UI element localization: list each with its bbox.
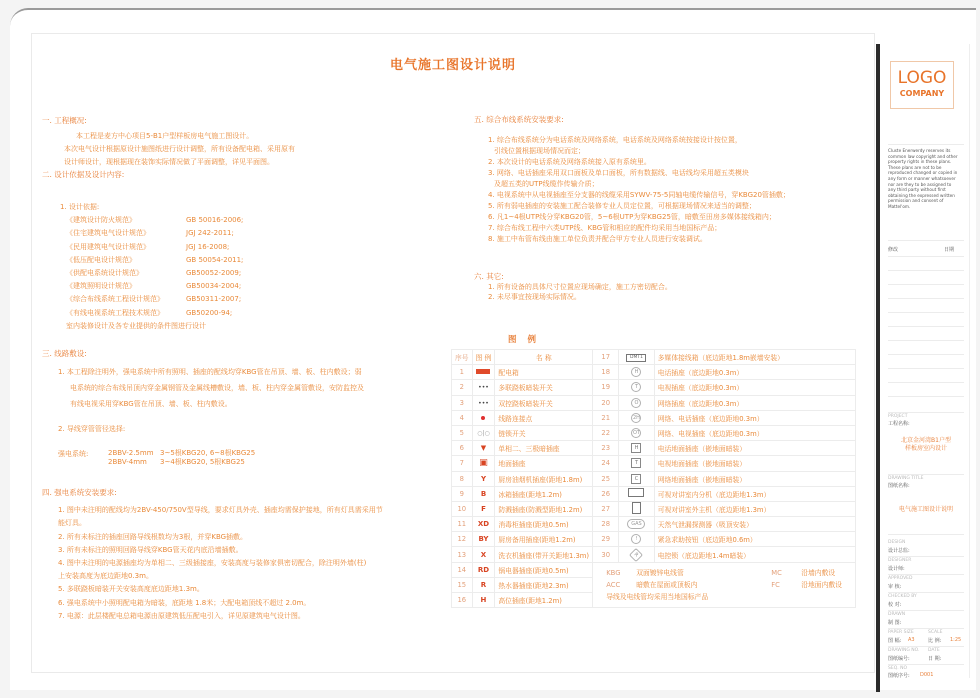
legend-no: 10 bbox=[452, 501, 473, 516]
field-label-en: DATE bbox=[928, 648, 940, 653]
legend-row: 7 ▣ 地面插座 24 T 电视地面插座（嵌地面暗装） bbox=[452, 456, 856, 471]
legend-no: 24 bbox=[593, 456, 619, 471]
header-name: 名 称 bbox=[495, 350, 593, 365]
title-block-rule bbox=[876, 44, 880, 692]
glyph: H bbox=[631, 443, 641, 453]
legend-no: 11 bbox=[452, 517, 473, 532]
legend-no: 21 bbox=[593, 410, 619, 425]
legend-row: 13 X 洗衣机插座(带开关距地1.3m) 30 R 电控锁（底边距地1.4m暗… bbox=[452, 547, 856, 562]
section-4: 四. 强电系统安装要求: 1. 图中未注明的配线均为2BV-450/750V型导… bbox=[42, 486, 383, 623]
project-name: 北京金河湾B1户型 样板房室内设计 bbox=[888, 437, 964, 453]
legend-no: 1 bbox=[452, 365, 473, 380]
legend-name: 电视插座（底边距地0.3m） bbox=[654, 380, 855, 395]
legend-row: 10 F 防溅插座(防溅型距地1.2m) 27 可视对讲室外主机（底边距地1.3… bbox=[452, 501, 856, 516]
network-phone-socket-icon: 2H bbox=[619, 410, 655, 425]
legend-notes: KBG双面镀锌电线管MC沿墙内敷设 ACC暗敷在屋面或顶板内FC沿地面内敷设 导… bbox=[593, 562, 856, 608]
legend-name: 厨房油烟机插座(距地1.8m) bbox=[495, 471, 593, 486]
text-line: 5. 所有弱电插座的安装施工配合装修专业人员定位置，可根据现场情况来适当的调整； bbox=[474, 201, 790, 212]
section-heading: 一. 工程概况: bbox=[42, 115, 295, 126]
field-label: 审 核: bbox=[888, 583, 901, 590]
note-key: FC bbox=[771, 579, 801, 591]
field-label: 图 幅: bbox=[888, 637, 901, 644]
glyph: ▼ bbox=[481, 444, 486, 452]
note-value: 沿地面内敷设 bbox=[801, 579, 842, 591]
glyph: OT bbox=[631, 428, 641, 438]
gas-detector-icon: GAS bbox=[619, 517, 655, 532]
section-heading: 五. 综合布线系统安装要求: bbox=[474, 114, 790, 125]
glyph: DMT1 bbox=[626, 354, 646, 362]
text-line: 4. 电视系统中从电视插座至分支器的线缆采用SYWV-75-5同轴电缆传输信号，… bbox=[474, 190, 790, 201]
norm-item: 《建筑照明设计规范》GB50034-2004; bbox=[60, 280, 243, 293]
note-value: 暗敷在屋面或顶板内 bbox=[636, 579, 771, 591]
washer-socket-icon: X bbox=[472, 547, 495, 562]
intercom-indoor-icon bbox=[619, 486, 655, 501]
water-heater-socket-icon: R bbox=[472, 577, 495, 592]
logo-subtext: COMPANY bbox=[891, 89, 953, 99]
field-label: 图纸编号: bbox=[888, 655, 910, 662]
field-label-en: SCALE bbox=[928, 630, 942, 635]
text-line: 8. 施工中布管布线由施工单位负责并配合甲方专业人员进行安装调试。 bbox=[474, 234, 790, 245]
high-socket-icon: H bbox=[472, 593, 495, 608]
field-label-en: DRAWN bbox=[888, 612, 905, 617]
glyph: GAS bbox=[627, 519, 645, 529]
legend-name: 电控锁（底边距地1.4m暗装） bbox=[654, 547, 855, 562]
legend-name: 电视地面插座（嵌地面暗装） bbox=[654, 456, 855, 471]
section-heading: 三. 线路敷设: bbox=[42, 348, 364, 359]
section-6: 六. 其它: 1. 所有设备的具体尺寸位置应现场确定，施工方密切配合。 2. 未… bbox=[474, 272, 672, 302]
legend-name: 双控跷板暗装开关 bbox=[495, 395, 593, 410]
field-label-en: DESIGNER bbox=[888, 558, 911, 563]
legend-no: 15 bbox=[452, 577, 473, 592]
legend-no: 23 bbox=[593, 441, 619, 456]
drawing-name: 电气施工图设计说明 bbox=[888, 506, 964, 514]
legend-name: 网络、电话插座（底边距地0.3m） bbox=[654, 410, 855, 425]
glyph: O bbox=[631, 398, 641, 408]
legend-row: 4 线路连接点 21 2H 网络、电话插座（底边距地0.3m） bbox=[452, 410, 856, 425]
dual-control-switch-icon: ••• bbox=[472, 395, 495, 410]
text-line: 1. 图中未注明的配线均为2BV-450/750V型导线，要求灯具外壳、插座均需… bbox=[42, 504, 383, 517]
text-line: 2. 所有未标注的插座回路导线根数均为3根，并穿KBG插敷。 bbox=[42, 531, 383, 544]
field-label: 日 期: bbox=[928, 655, 941, 662]
network-tv-socket-icon: OT bbox=[619, 425, 655, 440]
floor-tv-socket-icon: T bbox=[619, 456, 655, 471]
legend-name: 配电箱 bbox=[495, 365, 593, 380]
legend-no: 14 bbox=[452, 562, 473, 577]
text-line: 室内装修设计及各专业提供的条件图进行设计 bbox=[60, 320, 243, 333]
field-label-en: SEQ. NO bbox=[888, 666, 907, 671]
revision-label: 修改 bbox=[888, 246, 898, 253]
text-line: 电系统的综合布线吊顶内穿金属钢管及金属线槽敷设，墙、板、柱内穿金属管敷设，安防监… bbox=[42, 380, 364, 396]
glyph: ••• bbox=[478, 400, 489, 407]
legend-name: 防溅插座(防溅型距地1.2m) bbox=[495, 501, 593, 516]
legend-name: 多联跷板暗装开关 bbox=[495, 380, 593, 395]
field-label: 图纸序号: bbox=[888, 672, 910, 679]
legend-row: 14 RD 锅电器插座(距地0.5m) KBG双面镀锌电线管MC沿墙内敷设 AC… bbox=[452, 562, 856, 577]
norm-code: GB50200-94; bbox=[186, 307, 232, 320]
tv-socket-icon: T bbox=[619, 380, 655, 395]
phone-socket-icon: H bbox=[619, 365, 655, 380]
glyph: T bbox=[631, 382, 641, 392]
copyright-notice: Cluste Enerwerdy reserves its common law… bbox=[888, 148, 958, 210]
glyph: BY bbox=[478, 535, 488, 543]
legend-row: 1 配电箱 18 H 电话插座（底边距地0.3m） bbox=[452, 365, 856, 380]
drawing-frame: 电气施工图设计说明 一. 工程概况: 本工程是麦方中心项目5-B1户型样板房电气… bbox=[31, 33, 875, 673]
text-line: 有线电视采用穿KBG管在吊顶、墙、板、柱内敷设。 bbox=[42, 396, 364, 412]
legend-name: 冰箱插座(距地1.2m) bbox=[495, 486, 593, 501]
norm-name: 《住宅建筑电气设计规范》 bbox=[66, 227, 186, 240]
wire-spec: 2BBV-4mm bbox=[108, 458, 160, 467]
fridge-socket-icon: B bbox=[472, 486, 495, 501]
legend-no: 27 bbox=[593, 501, 619, 516]
multi-gang-switch-icon: ••• bbox=[472, 380, 495, 395]
wire-pipe: 3~4根KBG20, 5根KBG25 bbox=[160, 458, 245, 467]
text-line: 4. 图中未注明的电源插座均为单相二、三级插接座，安装高度与装修家俱密切配合，除… bbox=[42, 557, 383, 570]
glyph: R bbox=[629, 547, 643, 561]
text-line: 本次电气设计根据原设计施图纸进行设计调整，所有设备配电箱、采用原有 bbox=[42, 143, 295, 156]
note-key: KBG bbox=[606, 567, 636, 579]
network-socket-icon: O bbox=[619, 395, 655, 410]
legend-name: 厨房备用插座(距地1.2m) bbox=[495, 532, 593, 547]
text-line: 2. 本次设计的电话系统及网络系统接入原有系统里。 bbox=[474, 157, 790, 168]
field-label: 工程名称: bbox=[888, 420, 910, 427]
glyph: XD bbox=[478, 520, 489, 528]
text-line: 6. 强电系统中小照明配电箱为暗装，底距地 1.8米；大配电箱顶线不超过 2.0… bbox=[42, 597, 383, 610]
project-name-line: 样板房室内设计 bbox=[888, 445, 964, 453]
legend-row: 5 ○|○ 链锁开关 22 OT 网络、电视插座（底边距地0.3m） bbox=[452, 425, 856, 440]
legend-no: 25 bbox=[593, 471, 619, 486]
field-label-en: DRAWING TITLE bbox=[888, 476, 923, 481]
text-line: 本工程是麦方中心项目5-B1户型样板房电气施工图设计。 bbox=[42, 130, 295, 143]
legend-name: 可视对讲室内分机（底边距地1.3m） bbox=[654, 486, 855, 501]
text-line: 能灯具。 bbox=[42, 517, 383, 530]
field-label-en: PROJECT bbox=[888, 414, 907, 419]
section-heading: 四. 强电系统安装要求: bbox=[42, 486, 383, 499]
text-line: 3. 所有未标注的照明回路导线穿KBG管天花内底沿墙插敷。 bbox=[42, 544, 383, 557]
text-line: 7. 综合布线工程中六类UTP线、KBG管和相应的配件均采用当地国标产品； bbox=[474, 223, 790, 234]
text-line: 5. 多联跷板暗装开关安装高度底边距地1.3m。 bbox=[42, 583, 383, 596]
norm-item: 《有线电视系统工程技术规范》GB50200-94; bbox=[60, 307, 243, 320]
glyph: H bbox=[631, 367, 641, 377]
legend-name: 电话插座（底边距地0.3m） bbox=[654, 365, 855, 380]
distribution-box-icon bbox=[472, 365, 495, 380]
title-block: LOGO COMPANY Cluste Enerwerdy reserves i… bbox=[884, 44, 970, 678]
note-tail: 导线及电线管均采用当地国标产品 bbox=[606, 591, 842, 603]
company-logo: LOGO COMPANY bbox=[890, 61, 954, 109]
legend-row: 12 BY 厨房备用插座(距地1.2m) 29 ! 紧急求助按钮（底边距地0.6… bbox=[452, 532, 856, 547]
electric-lock-icon: R bbox=[619, 547, 655, 562]
legend-name: 锅电器插座(距地0.5m) bbox=[495, 562, 593, 577]
intercom-outdoor-icon bbox=[619, 501, 655, 516]
section-heading: 二. 设计依据及设计内容: bbox=[42, 169, 295, 180]
norm-code: GB50311-2007; bbox=[186, 293, 241, 306]
legend-no: 13 bbox=[452, 547, 473, 562]
norm-name: 《建筑设计防火规范》 bbox=[66, 214, 186, 227]
breaker-switch-icon: ○|○ bbox=[472, 425, 495, 440]
legend-name: 网络插座（底边距地0.3m） bbox=[654, 395, 855, 410]
note-row: KBG双面镀锌电线管MC沿墙内敷设 bbox=[606, 567, 842, 579]
glyph: B bbox=[481, 490, 486, 498]
legend-title: 图 例 bbox=[508, 333, 540, 345]
section-1: 一. 工程概况: 本工程是麦方中心项目5-B1户型样板房电气施工图设计。 本次电… bbox=[42, 115, 295, 180]
section-3: 三. 线路敷设: 1. 本工程除注明外，强电系统中所有照明、插座的配线均穿KBG… bbox=[42, 348, 364, 467]
glyph: RD bbox=[478, 566, 489, 574]
norm-item: 《建筑设计防火规范》GB 50016-2006; bbox=[60, 214, 243, 227]
note-value: 沿墙内敷设 bbox=[801, 567, 835, 579]
legend-name: 多媒体接线箱（底边距地1.8m嵌墙安装） bbox=[654, 350, 855, 365]
glyph: R bbox=[481, 581, 486, 589]
legend-no: 17 bbox=[593, 350, 619, 365]
wire-label: 强电系统: bbox=[58, 449, 108, 467]
glyph: ! bbox=[631, 534, 641, 544]
multimedia-box-icon: DMT1 bbox=[619, 350, 655, 365]
wire-table: 强电系统: 2BBV-2.5mm3~5根KBG20, 6~8根KBG25 2BB… bbox=[42, 449, 364, 467]
legend-name: 地面插座 bbox=[495, 456, 593, 471]
field-label: 设计总监: bbox=[888, 547, 910, 554]
text-line: 1. 所有设备的具体尺寸位置应现场确定，施工方密切配合。 bbox=[474, 282, 672, 292]
legend-row: 2 ••• 多联跷板暗装开关 19 T 电视插座（底边距地0.3m） bbox=[452, 380, 856, 395]
note-key: MC bbox=[771, 567, 801, 579]
subheading: 1. 设计依据: bbox=[60, 201, 243, 214]
norm-code: GB 50054-2011; bbox=[186, 254, 243, 267]
field-label: 校 对: bbox=[888, 601, 901, 608]
glyph: 2H bbox=[631, 413, 641, 423]
note-value: 双面镀锌电线管 bbox=[636, 567, 771, 579]
floor-socket-icon: ▣ bbox=[472, 456, 495, 471]
floor-phone-socket-icon: H bbox=[619, 441, 655, 456]
legend-name: 天然气泄漏探测器（吸顶安装） bbox=[654, 517, 855, 532]
legend-no: 26 bbox=[593, 486, 619, 501]
legend-no: 18 bbox=[593, 365, 619, 380]
field-label-en: PAPER SIZE bbox=[888, 630, 914, 635]
header-no: 序号 bbox=[452, 350, 473, 365]
norm-code: GB50034-2004; bbox=[186, 280, 241, 293]
norm-code: GB 50016-2006; bbox=[186, 214, 243, 227]
text-line: 7. 电源：此层楼配电总箱电源由原建筑低压配电引入，详见原建筑电气设计图。 bbox=[42, 610, 383, 623]
kitchen-spare-socket-icon: BY bbox=[472, 532, 495, 547]
section-2-norms: 1. 设计依据: 《建筑设计防火规范》GB 50016-2006; 《住宅建筑电… bbox=[60, 201, 243, 333]
norm-item: 《综合布线系统工程设计规范》GB50311-2007; bbox=[60, 293, 243, 306]
norm-item: 《低压配电设计规范》GB 50054-2011; bbox=[60, 254, 243, 267]
glyph: ▣ bbox=[479, 458, 488, 468]
text-line: 引线位置根据现场情况而定； bbox=[474, 146, 790, 157]
legend-name: 可视对讲室外主机（底边距地1.3m） bbox=[654, 501, 855, 516]
legend-no: 22 bbox=[593, 425, 619, 440]
legend-no: 9 bbox=[452, 486, 473, 501]
norm-code: GB50052-2009; bbox=[186, 267, 241, 280]
field-label: 制 图: bbox=[888, 619, 901, 626]
norm-item: 《民用建筑电气设计规范》JGJ 16-2008; bbox=[60, 241, 243, 254]
legend-row: 9 B 冰箱插座(距地1.2m) 26 可视对讲室内分机（底边距地1.3m） bbox=[452, 486, 856, 501]
cooker-socket-icon: RD bbox=[472, 562, 495, 577]
wire-spec: 2BBV-2.5mm bbox=[108, 449, 160, 458]
note-row: ACC暗敷在屋面或顶板内FC沿地面内敷设 bbox=[606, 579, 842, 591]
sterilizer-socket-icon: XD bbox=[472, 517, 495, 532]
socket-icon: ▼ bbox=[472, 441, 495, 456]
header-icon: 图 例 bbox=[472, 350, 495, 365]
norm-name: 《低压配电设计规范》 bbox=[66, 254, 186, 267]
legend-name: 电话地面插座（嵌地面暗装） bbox=[654, 441, 855, 456]
text-line: 上安装高度为底边距地0.3m。 bbox=[42, 570, 383, 583]
splash-socket-icon: F bbox=[472, 501, 495, 516]
floor-network-socket-icon: C bbox=[619, 471, 655, 486]
legend-no: 20 bbox=[593, 395, 619, 410]
glyph: C bbox=[631, 474, 641, 484]
norm-name: 《综合布线系统工程设计规范》 bbox=[66, 293, 186, 306]
legend-no: 5 bbox=[452, 425, 473, 440]
legend-name: 单相二、三极暗插座 bbox=[495, 441, 593, 456]
legend-no: 28 bbox=[593, 517, 619, 532]
field-label-en: CHECKED BY bbox=[888, 594, 917, 599]
wire-pipe: 3~5根KBG20, 6~8根KBG25 bbox=[160, 449, 255, 458]
legend-row: 3 ••• 双控跷板暗装开关 20 O 网络插座（底边距地0.3m） bbox=[452, 395, 856, 410]
page-title: 电气施工图设计说明 bbox=[32, 54, 874, 73]
section-5: 五. 综合布线系统安装要求: 1. 综合布线系统分为电话系统及网络系统，电话系统… bbox=[474, 114, 790, 245]
legend-no: 7 bbox=[452, 456, 473, 471]
legend-no: 6 bbox=[452, 441, 473, 456]
legend-name: 高位插座(距地1.2m) bbox=[495, 593, 593, 608]
legend-no: 19 bbox=[593, 380, 619, 395]
norm-name: 《供配电系统设计规范》 bbox=[66, 267, 186, 280]
norm-item: 《供配电系统设计规范》GB50052-2009; bbox=[60, 267, 243, 280]
legend-row: 8 Y 厨房油烟机插座(距地1.8m) 25 C 网络地面插座（嵌地面暗装） bbox=[452, 471, 856, 486]
emergency-button-icon: ! bbox=[619, 532, 655, 547]
norm-code: JGJ 242-2011; bbox=[186, 227, 234, 240]
text-line: 2. 未尽事宜按现场实际情况。 bbox=[474, 292, 672, 302]
legend-name: 链锁开关 bbox=[495, 425, 593, 440]
legend-header-row: 序号 图 例 名 称 17 DMT1 多媒体接线箱（底边距地1.8m嵌墙安装） bbox=[452, 350, 856, 365]
norm-name: 《民用建筑电气设计规范》 bbox=[66, 241, 186, 254]
text-line: 1. 综合布线系统分为电话系统及网络系统，电话系统及网络系统按接设计按位置， bbox=[474, 135, 790, 146]
glyph: F bbox=[481, 505, 486, 513]
text-line: 3. 网络、电话插座采用双口面板及单口面板，所有数据线、电话线均采用超五类模块 bbox=[474, 168, 790, 179]
field-label-en: APPROVED bbox=[888, 576, 912, 581]
glyph: ••• bbox=[478, 384, 489, 391]
legend-table: 序号 图 例 名 称 17 DMT1 多媒体接线箱（底边距地1.8m嵌墙安装） … bbox=[451, 349, 856, 608]
legend-no: 3 bbox=[452, 395, 473, 410]
field-label: 图纸名称: bbox=[888, 482, 910, 489]
glyph: T bbox=[631, 458, 641, 468]
legend-row: 11 XD 消毒柜插座(距地0.5m) 28 GAS 天然气泄漏探测器（吸顶安装… bbox=[452, 517, 856, 532]
text-line: 2. 导线穿管管径选择: bbox=[42, 424, 364, 435]
paper-size-value: A3 bbox=[908, 637, 915, 643]
norm-name: 《有线电视系统工程技术规范》 bbox=[66, 307, 186, 320]
legend-no: 30 bbox=[593, 547, 619, 562]
junction-point-icon bbox=[472, 410, 495, 425]
legend-no: 29 bbox=[593, 532, 619, 547]
glyph: ○|○ bbox=[477, 430, 490, 437]
revision-date-label: 日期 bbox=[944, 246, 954, 253]
section-heading: 六. 其它: bbox=[474, 272, 672, 282]
text-line: 设计师设计，现根据现在装饰实际情况做了平面调整，详见平面图。 bbox=[42, 156, 295, 169]
range-hood-socket-icon: Y bbox=[472, 471, 495, 486]
scale-value: 1:25 bbox=[950, 637, 961, 643]
norm-code: JGJ 16-2008; bbox=[186, 241, 229, 254]
legend-name: 网络、电视插座（底边距地0.3m） bbox=[654, 425, 855, 440]
legend-name: 洗衣机插座(带开关距地1.3m) bbox=[495, 547, 593, 562]
glyph: Y bbox=[481, 475, 486, 483]
legend-name: 网络地面插座（嵌地面暗装） bbox=[654, 471, 855, 486]
glyph: H bbox=[481, 596, 487, 604]
legend-name: 热水器插座(距地2.3m) bbox=[495, 577, 593, 592]
field-label-en: DESIGN bbox=[888, 540, 905, 545]
text-line: 1. 本工程除注明外，强电系统中所有照明、插座的配线均穿KBG管在吊顶、墙、板、… bbox=[42, 364, 364, 380]
field-label-en: DRAWING NO. bbox=[888, 648, 919, 653]
note-key: ACC bbox=[606, 579, 636, 591]
legend-no: 4 bbox=[452, 410, 473, 425]
logo-text: LOGO bbox=[891, 67, 953, 89]
text-line: 6. 凡1~4根UTP线分穿KBG20管，5~6根UTP为穿KBG25管，暗敷至… bbox=[474, 212, 790, 223]
legend-name: 消毒柜插座(距地0.5m) bbox=[495, 517, 593, 532]
norm-item: 《住宅建筑电气设计规范》JGJ 242-2011; bbox=[60, 227, 243, 240]
norm-name: 《建筑照明设计规范》 bbox=[66, 280, 186, 293]
field-label: 比 例: bbox=[928, 637, 941, 644]
legend-no: 8 bbox=[452, 471, 473, 486]
legend-name: 线路连接点 bbox=[495, 410, 593, 425]
legend-no: 2 bbox=[452, 380, 473, 395]
legend-no: 12 bbox=[452, 532, 473, 547]
glyph: X bbox=[481, 551, 486, 559]
legend-name: 紧急求助按钮（底边距地0.6m） bbox=[654, 532, 855, 547]
legend-no: 16 bbox=[452, 593, 473, 608]
legend-row: 6 ▼ 单相二、三极暗插座 23 H 电话地面插座（嵌地面暗装） bbox=[452, 441, 856, 456]
field-label: 设计师: bbox=[888, 565, 905, 572]
text-line: 及超五类的UTP线缆作传输介质； bbox=[474, 179, 790, 190]
project-name-line: 北京金河湾B1户型 bbox=[888, 437, 964, 445]
sequence-number: D001 bbox=[920, 672, 933, 678]
